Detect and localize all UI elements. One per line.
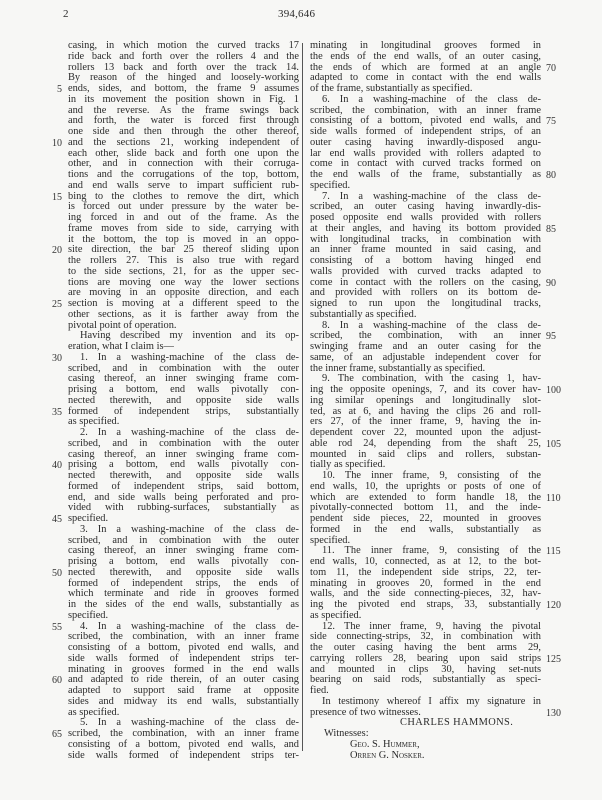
text-line: formed in the end walls, substantially a… bbox=[310, 525, 541, 536]
text-line: ride back and forth over the rollers 4 a… bbox=[68, 52, 299, 63]
margin-line-number: 45 bbox=[44, 514, 62, 525]
text-line: carrying rollers 28, bearing upon said s… bbox=[310, 654, 541, 665]
text-line: In testimony whereof I affix my signatur… bbox=[310, 697, 541, 708]
text-line: at their angles, and having its bottom p… bbox=[310, 224, 541, 235]
text-line: side walls formed of independent strips … bbox=[68, 751, 299, 762]
margin-line-number: 130 bbox=[546, 708, 570, 719]
text-line: substantially as specified. bbox=[310, 310, 541, 321]
text-line: consisting of a bottom, pivoted end wall… bbox=[68, 740, 299, 751]
margin-line-number: 90 bbox=[546, 278, 570, 289]
patent-page: 2 394,646 casing, in which motion the cu… bbox=[0, 0, 602, 800]
text-line: 6. In a washing-machine of the class de- bbox=[310, 95, 541, 106]
text-line: 3. In a washing-machine of the class de- bbox=[68, 525, 299, 536]
margin-line-number: 40 bbox=[44, 460, 62, 471]
text-line: in its movement the position shown in Fi… bbox=[68, 95, 299, 106]
left-text-column: casing, in which motion the curved track… bbox=[68, 41, 299, 761]
text-line: and the sections 21, working independent… bbox=[68, 138, 299, 149]
margin-line-number: 35 bbox=[44, 407, 62, 418]
margin-line-number: 70 bbox=[546, 63, 570, 74]
text-line: Orren G. Nosker. bbox=[310, 751, 541, 762]
margin-line-number: 50 bbox=[44, 568, 62, 579]
margin-line-number: 5 bbox=[44, 84, 62, 95]
text-line: end walls, 10, the uprights or posts of … bbox=[310, 482, 541, 493]
text-line: ing similar openings and longitudinally … bbox=[310, 396, 541, 407]
text-line: as specified. bbox=[310, 611, 541, 622]
text-line: to the side sections, 21, for as the upp… bbox=[68, 267, 299, 278]
text-line: Witnesses: bbox=[310, 729, 541, 740]
margin-line-number: 115 bbox=[546, 546, 570, 557]
page-number: 2 bbox=[63, 8, 69, 20]
margin-line-number: 75 bbox=[546, 116, 570, 127]
margin-line-number: 95 bbox=[546, 331, 570, 342]
margin-line-number: 15 bbox=[44, 192, 62, 203]
text-line: nected therewith, and opposite side wall… bbox=[68, 396, 299, 407]
margin-line-number: 20 bbox=[44, 245, 62, 256]
margin-line-number: 10 bbox=[44, 138, 62, 149]
text-line: specified. bbox=[310, 181, 541, 192]
margin-line-number: 80 bbox=[546, 170, 570, 181]
text-line: Geo. S. Hummer, bbox=[310, 740, 541, 751]
text-line: bearing on said rods, substantially as s… bbox=[310, 675, 541, 686]
margin-line-number: 30 bbox=[44, 353, 62, 364]
text-line: and end walls serve to impart sufficient… bbox=[68, 181, 299, 192]
text-line: 1. In a washing-machine of the class de- bbox=[68, 353, 299, 364]
column-divider bbox=[302, 43, 303, 751]
text-line: the ends of the end walls, of an outer c… bbox=[310, 52, 541, 63]
text-line: frame moves from side to side, carrying … bbox=[68, 224, 299, 235]
text-line: scribed, and in combination with the out… bbox=[68, 439, 299, 450]
margin-line-number: 100 bbox=[546, 385, 570, 396]
margin-line-number: 120 bbox=[546, 600, 570, 611]
text-line: outer casing having inwardly-disposed an… bbox=[310, 138, 541, 149]
text-line: tom 11, the independent side strips, 22,… bbox=[310, 568, 541, 579]
margin-line-number: 85 bbox=[546, 224, 570, 235]
text-line: nected therewith, and opposite side wall… bbox=[68, 568, 299, 579]
margin-line-number: 55 bbox=[44, 622, 62, 633]
text-line: sides and midway its end walls, substant… bbox=[68, 697, 299, 708]
text-line: same, of an adjustable independent cover… bbox=[310, 353, 541, 364]
margin-line-number: 60 bbox=[44, 675, 62, 686]
text-line: formed of independent strips, said botto… bbox=[68, 482, 299, 493]
text-line: other sections, as it is farther away fr… bbox=[68, 310, 299, 321]
margin-line-number: 25 bbox=[44, 299, 62, 310]
text-line: specified. bbox=[68, 611, 299, 622]
margin-line-number: 65 bbox=[44, 729, 62, 740]
text-line: walls provided with curved tracks adapte… bbox=[310, 267, 541, 278]
right-text-column: minating in longitudinal grooves formed … bbox=[310, 41, 541, 761]
margin-line-number: 105 bbox=[546, 439, 570, 450]
text-line: side walls formed of independent strips … bbox=[68, 654, 299, 665]
text-line: able rod 24, depending from the shaft 25… bbox=[310, 439, 541, 450]
patent-number: 394,646 bbox=[278, 8, 315, 20]
margin-line-number: 110 bbox=[546, 493, 570, 504]
margin-line-number: 125 bbox=[546, 654, 570, 665]
